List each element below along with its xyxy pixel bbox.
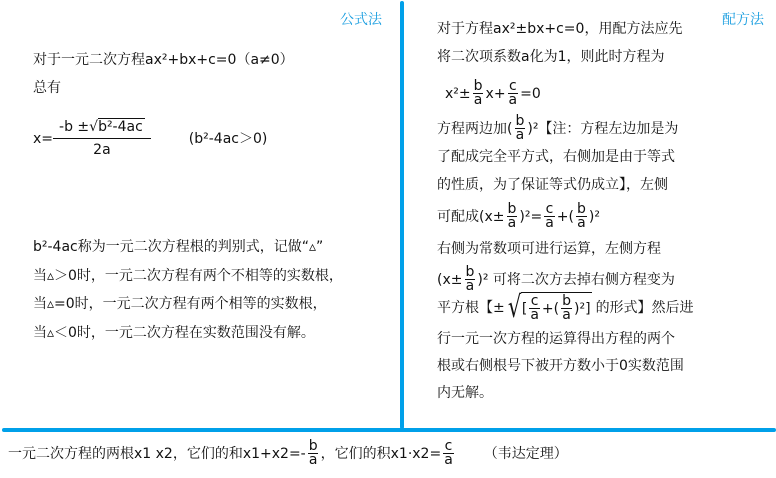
fraction-b-over-a: ba	[576, 203, 587, 230]
frac-den: a	[544, 216, 555, 230]
frac-den: a	[529, 308, 540, 322]
text-part: 一元二次方程的两根x1 x2，它们的和x1+x2=-	[8, 445, 306, 463]
radical-sign: √	[508, 292, 521, 324]
formula-condition: (b²-4ac＞0)	[189, 130, 268, 148]
formula-lhs: x=	[33, 130, 53, 148]
fraction-b-over-a: ba	[464, 266, 475, 293]
text-part: ，它们的积x1·x2=	[321, 445, 442, 463]
frac-den: a	[515, 128, 526, 142]
radicand: [ ca +( ba )²]	[521, 292, 592, 324]
section-label-formula-method: 公式法	[340, 11, 382, 29]
text-part: 平方根【±	[437, 299, 505, 317]
frac-den: a	[473, 93, 484, 107]
frac-den: a	[507, 216, 518, 230]
discriminant-line-3: 当▵=0时，一元二次方程有两个相等的实数根，	[33, 295, 327, 313]
formula-denominator: 2a	[53, 138, 151, 161]
section-label-completing-square: 配方法	[722, 11, 764, 29]
formula-fraction: -b ±√b²-4ac 2a	[53, 116, 151, 161]
vieta-theorem-line: 一元二次方程的两根x1 x2，它们的和x1+x2=- ba ，它们的积x1·x2…	[8, 440, 568, 467]
numerator-prefix: -b ±√	[59, 119, 98, 135]
discriminant-line-2: 当▵＞0时，一元二次方程有两个不相等的实数根，	[33, 267, 343, 285]
fraction-b-over-a: ba	[473, 80, 484, 107]
quadratic-formula: x= -b ±√b²-4ac 2a (b²-4ac＞0)	[33, 116, 267, 161]
fraction-c-over-a: ca	[544, 203, 555, 230]
cs-line-b: 了配成完全平方式，右侧加是由于等式	[437, 148, 675, 166]
fraction-b-over-a: ba	[561, 295, 572, 322]
text-part: [	[522, 300, 527, 318]
discriminant-line-1: b²-4ac称为一元二次方程根的判别式，记做“▵”	[33, 238, 323, 256]
text-part: +(	[557, 208, 574, 226]
vieta-label: （韦达定理）	[484, 445, 568, 463]
formula-intro-2: 总有	[33, 79, 61, 97]
cs-line-c: 的性质，为了保证等式仍成立】，左侧	[437, 176, 668, 194]
cs-line-e: 行一元一次方程的运算得出方程的两个	[437, 330, 675, 348]
cs-line-2: 将二次项系数a化为1，则此时方程为	[437, 48, 665, 66]
formula-numerator: -b ±√b²-4ac	[53, 116, 151, 138]
text-part: )²	[589, 208, 600, 226]
fraction-c-over-a: ca	[443, 440, 454, 467]
frac-den: a	[308, 453, 319, 467]
square-root: √ [ ca +( ba )²]	[505, 292, 592, 324]
fraction-c-over-a: ca	[529, 295, 540, 322]
vertical-divider	[400, 1, 404, 429]
square-root-line: 平方根【± √ [ ca +( ba )²] 的形式】然后进	[437, 292, 694, 324]
cs-line-g: 内无解。	[437, 384, 493, 402]
fraction-c-over-a: ca	[508, 80, 519, 107]
text-part: )²=	[519, 208, 542, 226]
cs-line-d: 右侧为常数项可进行运算，左侧方程	[437, 240, 661, 258]
text-part: )² 可将二次方去掉右侧方程变为	[477, 271, 675, 289]
fraction-b-over-a: ba	[506, 203, 517, 230]
formula-intro: 对于一元二次方程ax²+bx+c=0（a≠0）	[33, 51, 294, 69]
add-both-sides-line: 方程两边加( ba )²【注：方程左边加是为	[437, 115, 678, 142]
horizontal-divider	[2, 428, 776, 432]
frac-den: a	[443, 453, 454, 467]
eq-part: =0	[520, 85, 541, 103]
text-part: 方程两边加(	[437, 120, 512, 138]
eq-part: x²±	[445, 85, 471, 103]
eq-part: x+	[486, 85, 506, 103]
cs-line-f: 根或右侧根号下被开方数小于0实数范围	[437, 357, 684, 375]
normalized-equation: x²± ba x+ ca =0	[445, 80, 541, 107]
frac-den: a	[508, 93, 519, 107]
discriminant-line-4: 当▵＜0时，一元二次方程在实数范围没有解。	[33, 324, 315, 342]
fraction-b-over-a: ba	[514, 115, 525, 142]
text-part: )²【注：方程左边加是为	[527, 120, 678, 138]
frac-den: a	[561, 308, 572, 322]
text-part: 可配成(x±	[437, 208, 504, 226]
completed-square-line: 可配成(x± ba )²= ca +( ba )²	[437, 203, 600, 230]
numerator-radicand: b²-4ac	[98, 118, 145, 135]
text-part: +(	[542, 300, 559, 318]
cs-line-1: 对于方程ax²±bx+c=0，用配方法应先	[437, 20, 682, 38]
frac-den: a	[576, 216, 587, 230]
square-removal-line: (x± ba )² 可将二次方去掉右侧方程变为	[437, 266, 675, 293]
text-part: )²]	[574, 300, 591, 318]
text-part: 的形式】然后进	[596, 299, 694, 317]
text-part: (x±	[437, 271, 462, 289]
frac-den: a	[465, 279, 476, 293]
fraction-b-over-a: ba	[308, 440, 319, 467]
